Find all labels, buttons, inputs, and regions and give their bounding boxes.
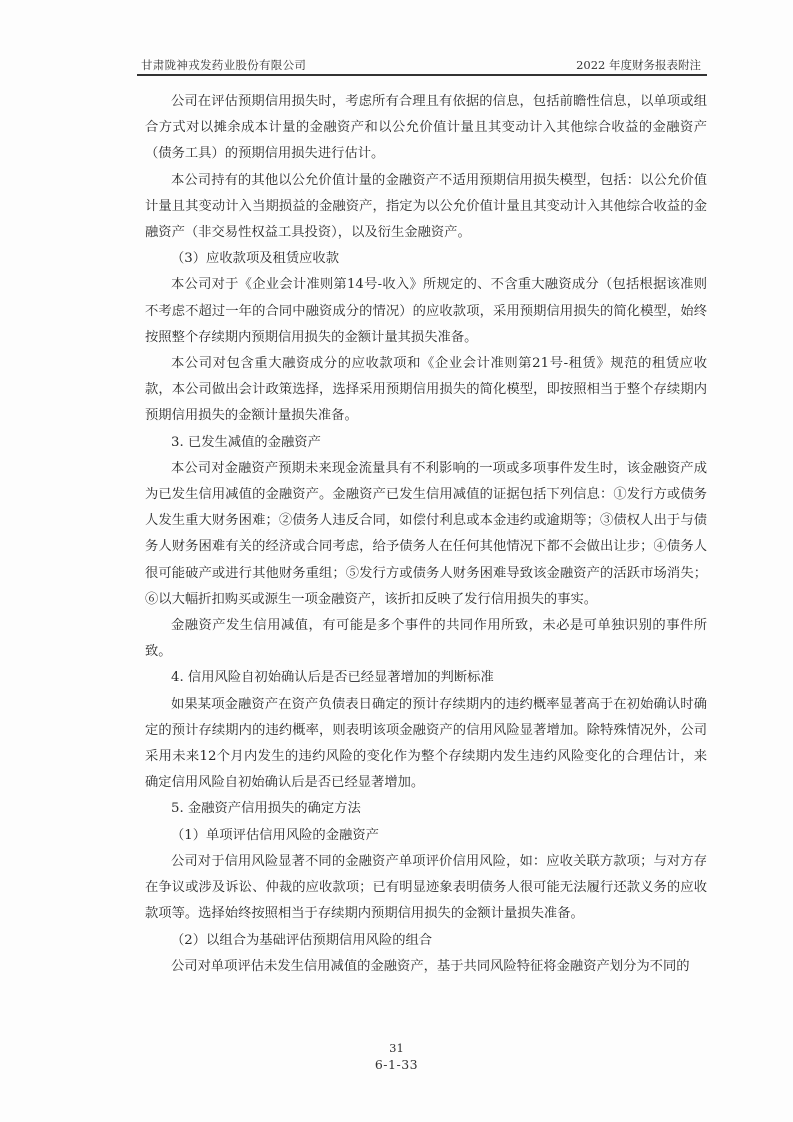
paragraph: 公司对于信用风险显著不同的金融资产单项评价信用风险，如：应收关联方款项；与对方存… xyxy=(145,849,707,928)
section-heading: （3）应收款项及租赁应收款 xyxy=(145,246,707,272)
page-header: 甘肃陇神戎发药业股份有限公司 2022 年度财务报表附注 xyxy=(137,52,707,76)
paragraph: 本公司对金融资产预期未来现金流量具有不利影响的一项或多项事件发生时，该金融资产成… xyxy=(145,456,707,613)
page-number: 31 xyxy=(0,1041,793,1055)
report-title: 2022 年度财务报表附注 xyxy=(576,57,701,73)
paragraph: 本公司对于《企业会计准则第14号-收入》所规定的、不含重大融资成分（包括根据该准… xyxy=(145,272,707,351)
paragraph: 如果某项金融资产在资产负债表日确定的预计存续期内的违约概率显著高于在初始确认时确… xyxy=(145,692,707,797)
section-heading: 5. 金融资产信用损失的确定方法 xyxy=(145,796,707,822)
section-heading: 4. 信用风险自初始确认后是否已经显著增加的判断标准 xyxy=(145,665,707,691)
document-code: 6-1-33 xyxy=(0,1057,793,1072)
paragraph: 本公司持有的其他以公允价值计量的金融资产不适用预期信用损失模型，包括：以公允价值… xyxy=(145,168,707,247)
document-page: 甘肃陇神戎发药业股份有限公司 2022 年度财务报表附注 公司在评估预期信用损失… xyxy=(0,0,793,1122)
paragraph: 公司对单项评估未发生信用减值的金融资产，基于共同风险特征将金融资产划分为不同的 xyxy=(145,954,707,980)
section-heading: 3. 已发生减值的金融资产 xyxy=(145,430,707,456)
body-text: 公司在评估预期信用损失时，考虑所有合理且有依据的信息，包括前瞻性信息，以单项或组… xyxy=(145,89,707,980)
subsection-heading: （2）以组合为基础评估预期信用风险的组合 xyxy=(145,928,707,954)
subsection-heading: （1）单项评估信用风险的金融资产 xyxy=(145,823,707,849)
paragraph: 金融资产发生信用减值，有可能是多个事件的共同作用所致，未必是可单独识别的事件所致… xyxy=(145,613,707,665)
paragraph: 公司在评估预期信用损失时，考虑所有合理且有依据的信息，包括前瞻性信息，以单项或组… xyxy=(145,89,707,168)
paragraph: 本公司对包含重大融资成分的应收款项和《企业会计准则第21号-租赁》规范的租赁应收… xyxy=(145,351,707,430)
company-name: 甘肃陇神戎发药业股份有限公司 xyxy=(141,57,306,73)
